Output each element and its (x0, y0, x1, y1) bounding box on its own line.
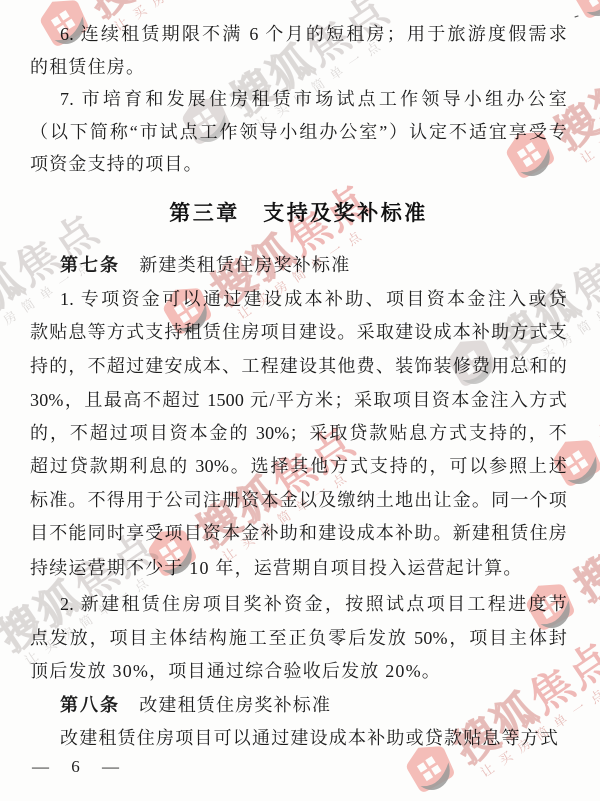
body-line-17: 顶后发放 30%，项目通过综合验收后发放 20%。 (30, 659, 567, 685)
chapter-heading: 第三章 支持及奖补标准 (30, 202, 567, 228)
body-line-3: 7. 市培育和发展住房租赁市场试点工作领导小组办公室 (30, 87, 567, 113)
body-line-9: 30%，且最高不超过 1500 元/平方米；采取项目资本金注入方式 (30, 388, 567, 414)
article-8-line: 第八条 改建租赁住房奖补标准 (30, 693, 567, 719)
article-7-line: 第七条 新建类租赁住房奖补标准 (30, 253, 567, 279)
body-line-12: 标准。不得用于公司注册资本金以及缴纳土地出让金。同一个项 (30, 488, 567, 514)
article-8-label: 第八条 (60, 695, 120, 715)
article-7-label: 第七条 (60, 255, 120, 275)
article-7-title: 新建类租赁住房奖补标准 (120, 255, 350, 275)
document-text: 6. 连续租赁期限不满 6 个月的短租房；用于旅游度假需求 的租赁住房。 7. … (0, 0, 600, 801)
body-line-8: 持的，不超过建安成本、工程建设其他费、装饰装修费用总和的 (30, 354, 567, 380)
article-8-title: 改建租赁住房奖补标准 (120, 695, 331, 715)
body-line-6: 1. 专项资金可以通过建设成本补助、项目资本金注入或贷 (30, 287, 567, 313)
scanned-document-page: 6. 连续租赁期限不满 6 个月的短租房；用于旅游度假需求 的租赁住房。 7. … (0, 0, 600, 801)
body-line-4: （以下简称“市试点工作领导小组办公室”）认定不适宜享受专 (30, 120, 567, 146)
body-line-13: 目不能同时享受项目资本金补助和建设成本补助。新建租赁住房 (30, 521, 567, 547)
body-line-11: 超过贷款期利息的 30%。选择其他方式支持的，可以参照上述 (30, 454, 567, 480)
body-line-16: 点发放，项目主体结构施工至正负零后发放 50%，项目主体封 (30, 626, 567, 652)
body-line-15: 2. 新建租赁住房项目奖补资金，按照试点项目工程进度节 (30, 592, 567, 618)
body-line-18: 改建租赁住房项目可以通过建设成本补助或贷款贴息等方式 (30, 726, 567, 752)
scan-artifact-mark: - (571, 8, 581, 26)
body-line-5: 项资金支持的项目。 (30, 152, 567, 178)
body-line-1: 6. 连续租赁期限不满 6 个月的短租房；用于旅游度假需求 (30, 22, 567, 48)
body-line-14: 持续运营期不少于 10 年，运营期自项目投入运营起计算。 (30, 556, 567, 582)
body-line-10: 的，不超过项目资本金的 30%；采取贷款贴息方式支持的，不 (30, 421, 567, 447)
body-line-7: 款贴息等方式支持租赁住房项目建设。采取建设成本补助方式支 (30, 320, 567, 346)
body-line-2: 的租赁住房。 (30, 55, 567, 81)
page-number: — 6 — (32, 757, 125, 777)
